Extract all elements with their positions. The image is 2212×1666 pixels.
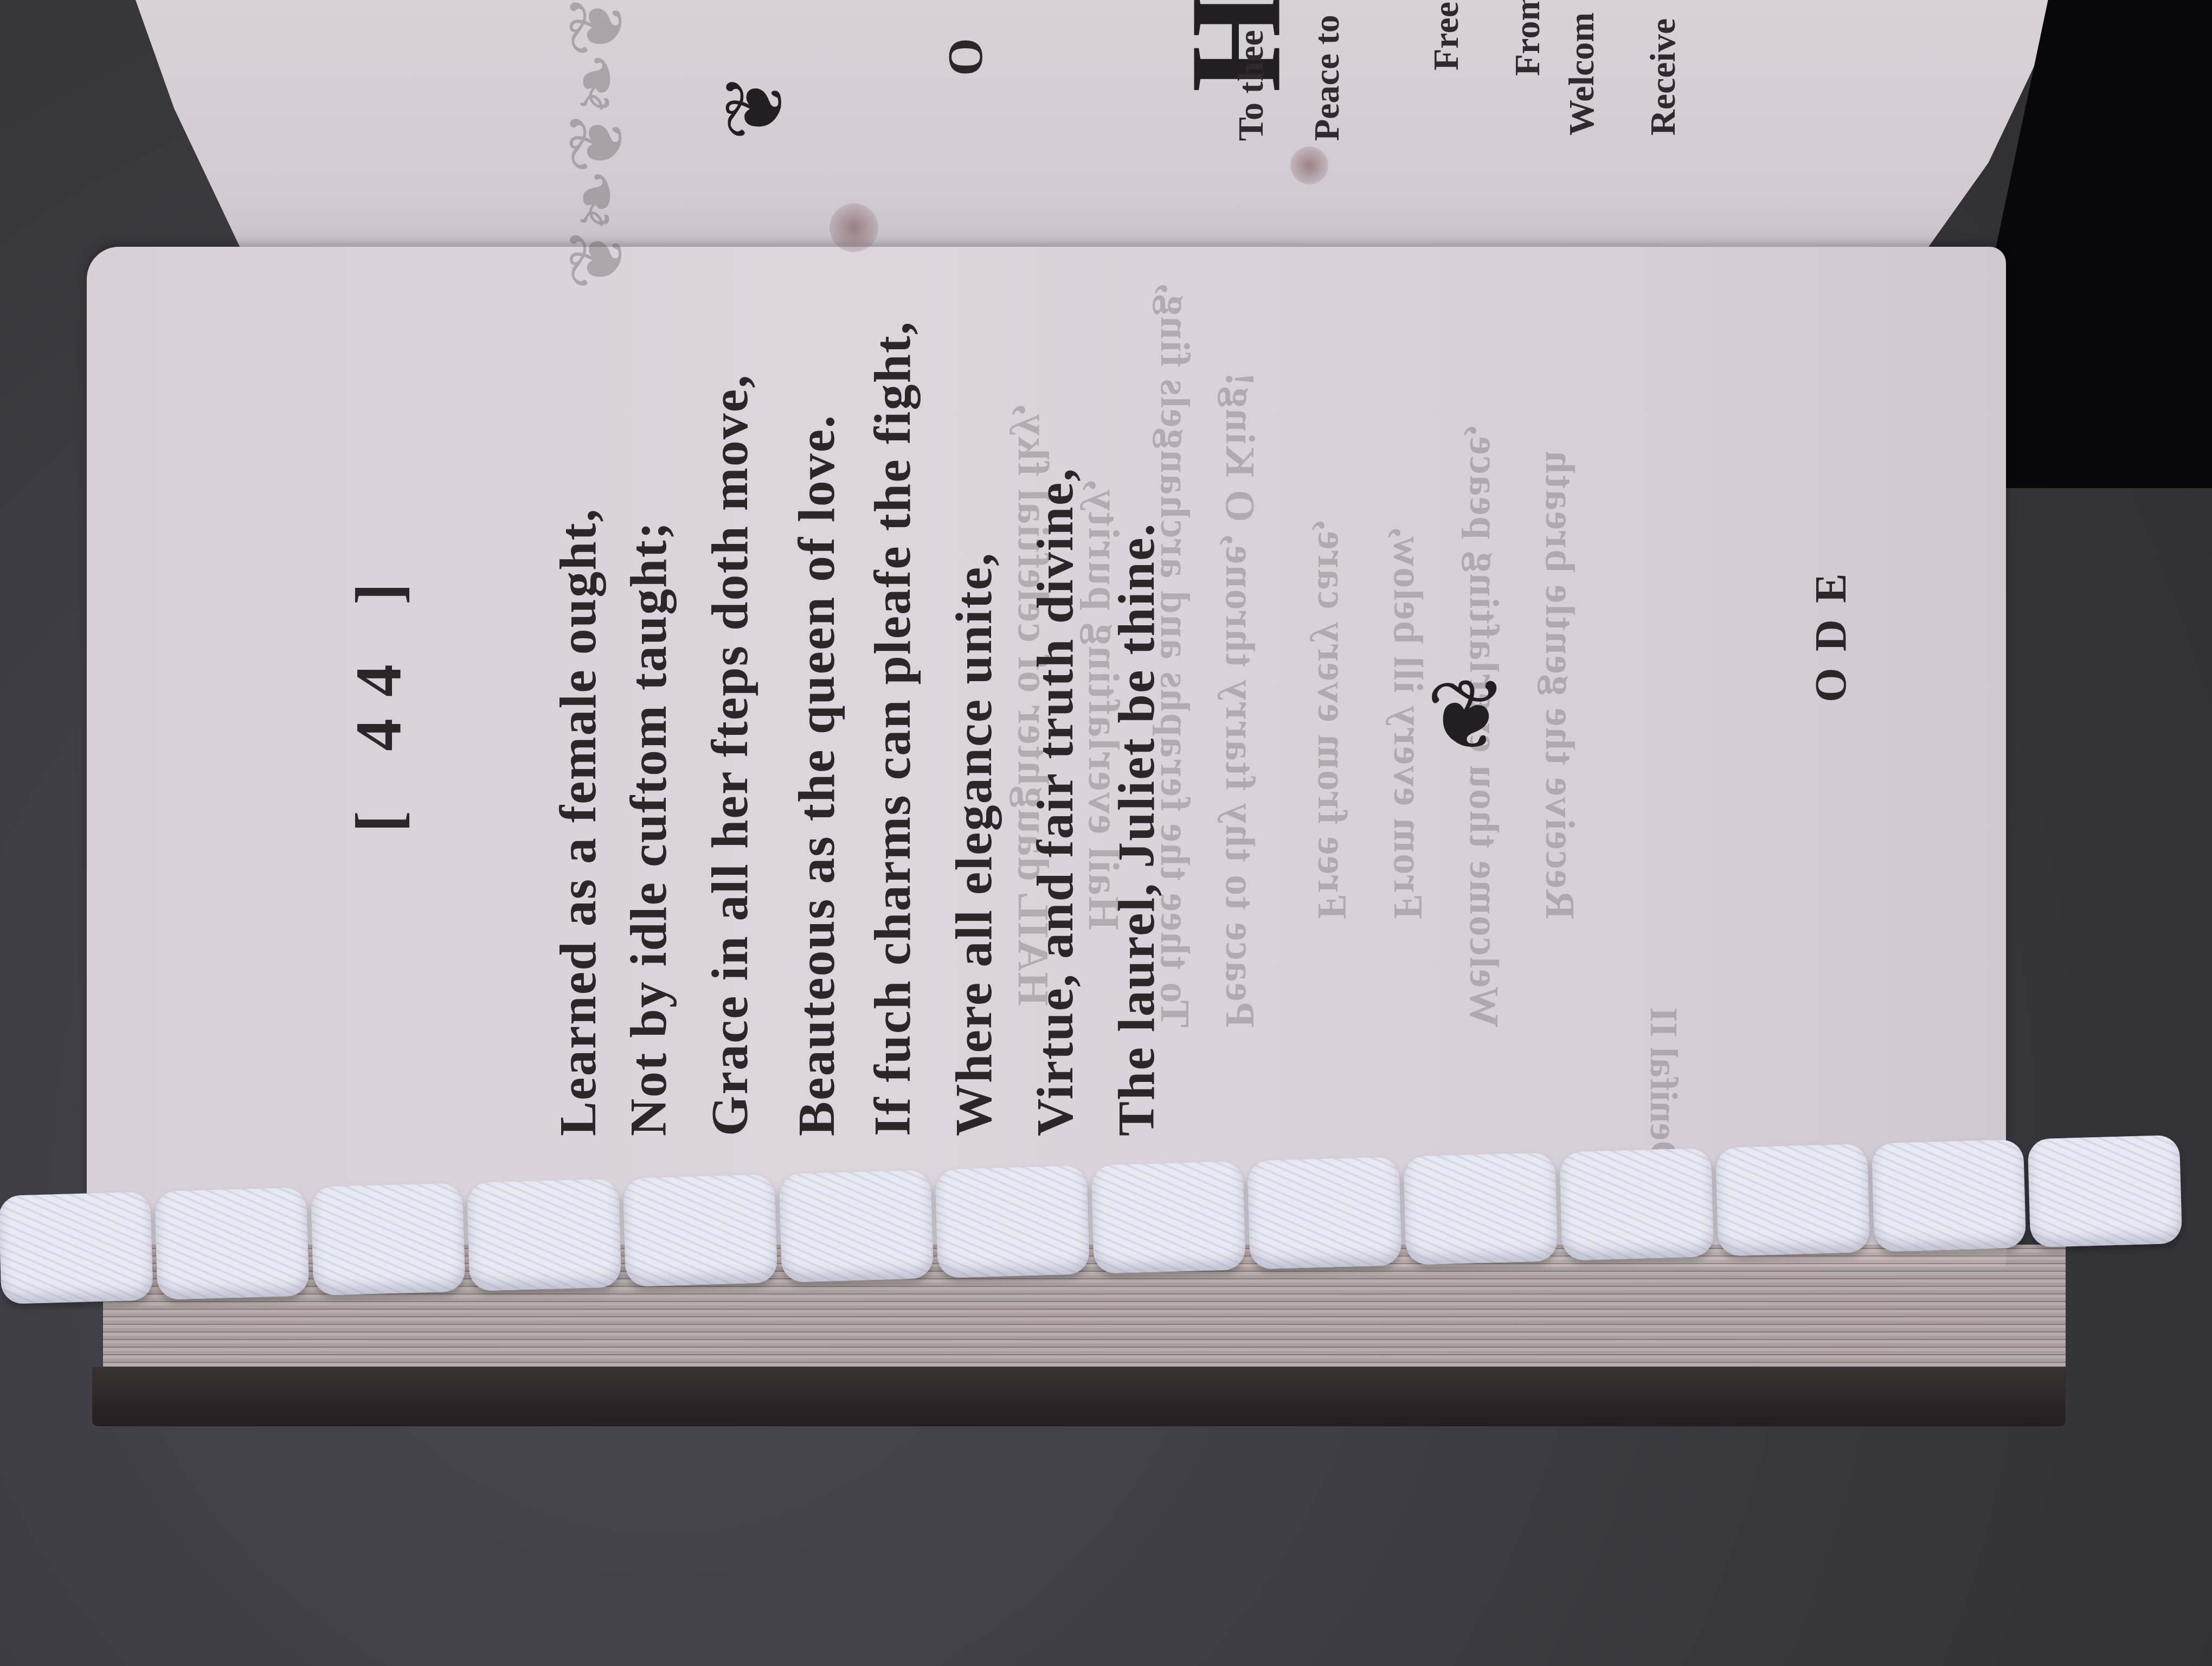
weight-bead (1403, 1152, 1558, 1265)
poem-line-5: If fuch charms can pleafe the fight, (862, 321, 922, 1136)
fleuron-ornament-icon: ❦ (1426, 659, 1508, 772)
poem-line-7: Virtue, and fair truth divine, (1025, 467, 1085, 1136)
foxing-stain (1290, 146, 1328, 184)
weight-bead (155, 1187, 309, 1300)
poem-line-4: Beauteous as the queen of love. (786, 414, 846, 1136)
facing-line: Welcom (1561, 12, 1603, 136)
page-number: [ 44 ] (342, 561, 416, 832)
weight-bead (1559, 1148, 1714, 1261)
foxing-stain (829, 203, 878, 252)
facing-line: Free (1426, 2, 1467, 71)
facing-line: Peace to (1307, 15, 1348, 141)
weight-bead (311, 1183, 465, 1296)
weight-bead (779, 1170, 934, 1283)
headpiece-ornament-icon: ❦ (708, 73, 802, 141)
poem-line-1: Learned as a female ought, (548, 508, 608, 1136)
show-through-headpiece-icon: ❦❧❦❧❦ (553, 0, 641, 290)
catchword: ODE (1805, 557, 1856, 702)
facing-page: ❦ O H To thee Peace to Free From Welcom … (136, 0, 2066, 271)
show-through-line: Peace to thy ftarry throne, O King! (1216, 371, 1263, 1028)
weight-bead (1247, 1157, 1401, 1270)
weight-bead (1715, 1144, 1870, 1257)
book-page-44: ❦❧❦❧❦ HAIL daughter of celeftial fky, Ha… (87, 247, 2006, 1266)
weight-bead (0, 1191, 153, 1304)
book-cover-board (92, 1367, 2066, 1426)
weight-bead (623, 1174, 777, 1287)
weight-bead (467, 1178, 621, 1291)
facing-line: From (1507, 0, 1548, 76)
show-through-line: From every ill below, (1384, 527, 1431, 919)
weight-bead (1872, 1139, 2026, 1252)
weight-bead (1091, 1161, 1245, 1274)
weight-bead (935, 1165, 1090, 1278)
weight-bead (2028, 1135, 2182, 1248)
facing-line: To thee (1231, 30, 1272, 141)
show-through-line: Receive the gentle breath (1536, 450, 1583, 919)
poem-line-3: Grace in all her fteps doth move, (699, 374, 760, 1136)
poem-line-2: Not by idle cuftom taught; (618, 521, 678, 1136)
show-through-line: Free from every care, (1308, 519, 1355, 919)
facing-line: Receive (1643, 18, 1684, 136)
poem-line-8: The laurel, Juliet be thine. (1106, 522, 1166, 1136)
poem-line-6: Where all elegance unite, (943, 552, 1004, 1136)
facing-heading-fragment: O (938, 22, 994, 76)
